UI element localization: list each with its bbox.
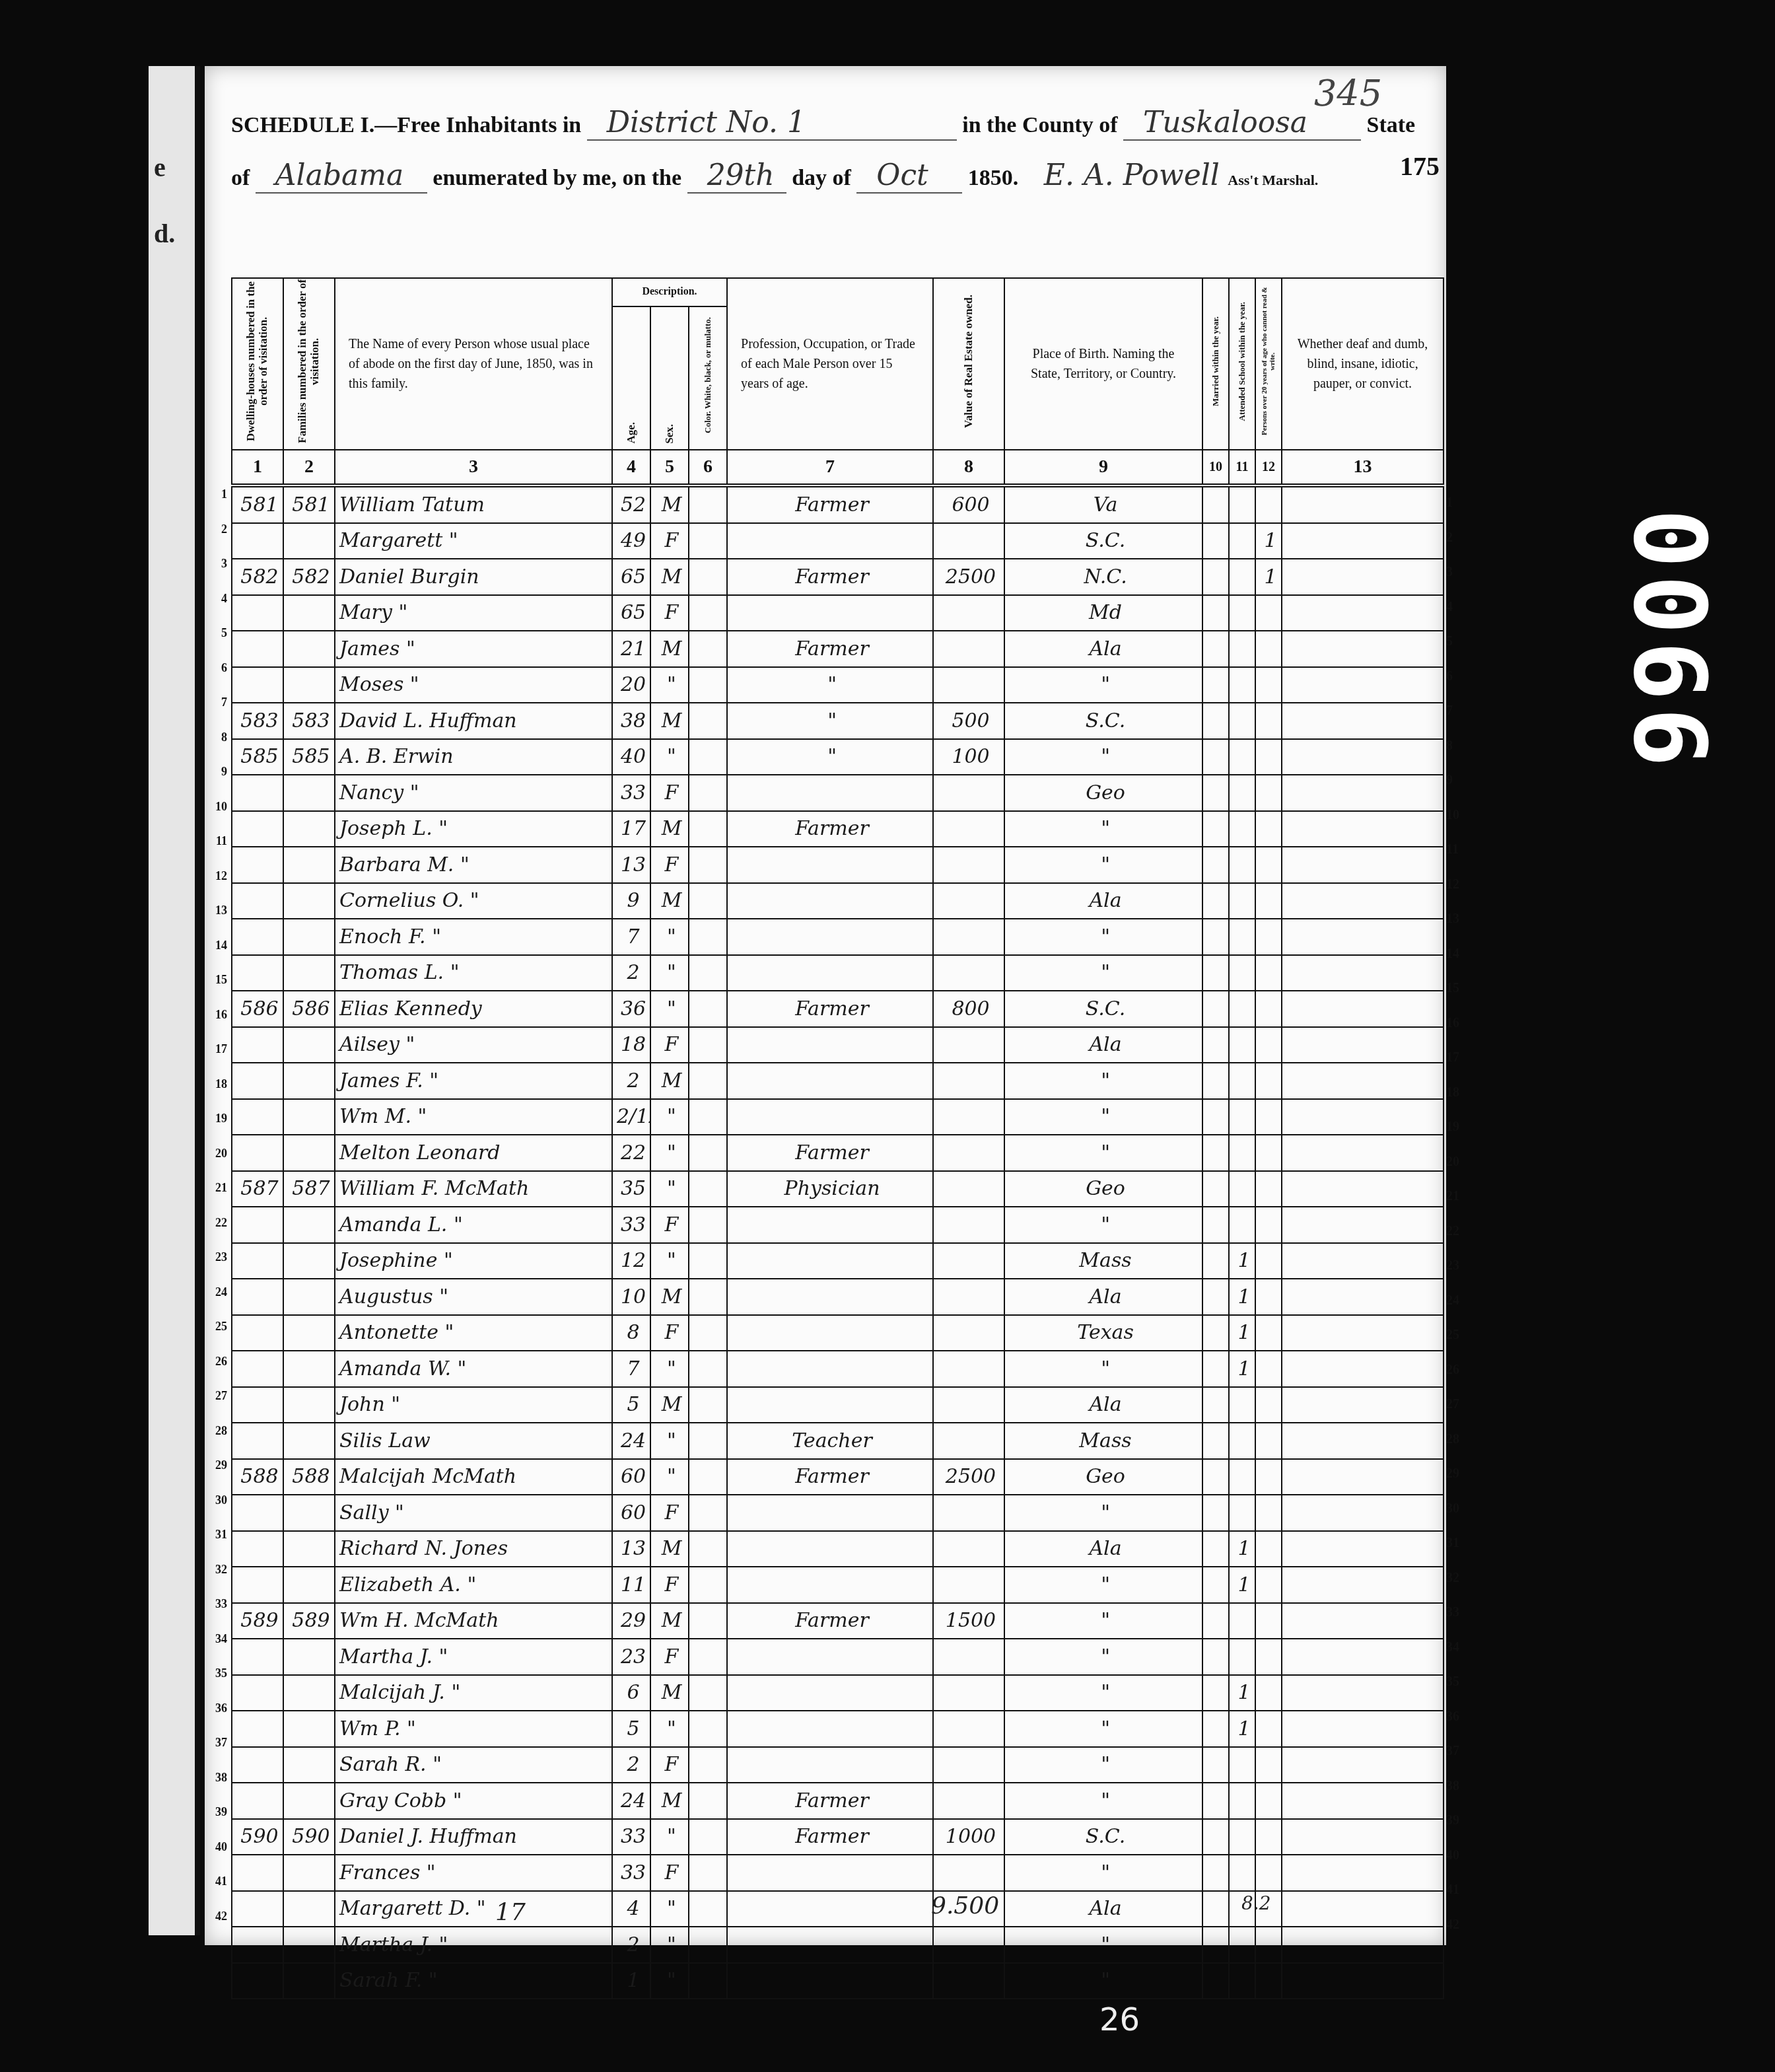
col-real-estate-header: Value of Real Estate owned. (933, 278, 1004, 450)
line-number-right: 23 (1446, 1258, 1459, 1273)
dwelling-cell: 585 (232, 739, 283, 775)
table-row: Martha J. "23F" (232, 1639, 1444, 1675)
school-cell: 1 (1229, 1531, 1255, 1567)
district-field: District No. 1 (587, 106, 957, 141)
color-cell (689, 1891, 727, 1927)
school-cell (1229, 1963, 1255, 1999)
occupation-cell: " (727, 667, 933, 703)
married-cell (1202, 1819, 1229, 1855)
table-row: 590590Daniel J. Huffman33"Farmer1000S.C. (232, 1819, 1444, 1855)
birthplace-cell: Md (1004, 595, 1202, 631)
line-number-right: 38 (1446, 1779, 1459, 1794)
school-cell: 1 (1229, 1675, 1255, 1711)
age-cell: 33 (612, 1819, 650, 1855)
occupation-cell (727, 883, 933, 919)
birthplace-cell: S.C. (1004, 523, 1202, 559)
col-age-header: Age. (612, 306, 650, 450)
color-cell (689, 847, 727, 883)
illiterate-cell (1255, 1603, 1282, 1639)
age-cell: 13 (612, 847, 650, 883)
line-number-left: 4 (210, 592, 227, 606)
occupation-cell: Farmer (727, 991, 933, 1027)
color-cell (689, 523, 727, 559)
school-cell (1229, 847, 1255, 883)
dwelling-cell (232, 631, 283, 667)
occupation-cell: Farmer (727, 1603, 933, 1639)
married-cell (1202, 991, 1229, 1027)
illiterate-cell (1255, 1495, 1282, 1531)
occupation-cell (727, 523, 933, 559)
real-estate-cell (933, 775, 1004, 811)
line-number-left: 30 (210, 1493, 227, 1507)
married-cell (1202, 1387, 1229, 1423)
line-number-left: 10 (210, 800, 227, 814)
occupation-cell (727, 1063, 933, 1099)
day-field: 29th (687, 159, 786, 194)
real-estate-cell: 800 (933, 991, 1004, 1027)
age-cell: 18 (612, 1027, 650, 1063)
dwelling-cell (232, 1351, 283, 1387)
occupation-cell: Farmer (727, 1819, 933, 1855)
school-cell (1229, 739, 1255, 775)
name-cell: Josephine " (335, 1243, 612, 1279)
age-cell: 24 (612, 1783, 650, 1819)
line-number-left: 15 (210, 973, 227, 987)
illiterate-cell (1255, 1459, 1282, 1495)
condition-cell (1282, 883, 1444, 919)
birthplace-cell: " (1004, 919, 1202, 955)
name-cell: James " (335, 631, 612, 667)
line-number-right: 36 (1446, 1709, 1459, 1725)
illiterate-cell (1255, 1639, 1282, 1675)
age-cell: 2 (612, 955, 650, 991)
name-cell: Frances " (335, 1855, 612, 1891)
real-estate-cell: 2500 (933, 559, 1004, 595)
school-cell (1229, 1747, 1255, 1783)
table-row: 587587William F. McMath35"PhysicianGeo (232, 1171, 1444, 1207)
illiterate-cell (1255, 1351, 1282, 1387)
age-cell: 23 (612, 1639, 650, 1675)
birthplace-cell: Geo (1004, 1459, 1202, 1495)
line-number-left: 36 (210, 1701, 227, 1715)
color-cell (689, 1315, 727, 1351)
school-cell: 1 (1229, 1243, 1255, 1279)
color-cell (689, 955, 727, 991)
birthplace-cell: S.C. (1004, 703, 1202, 739)
occupation-cell: Farmer (727, 631, 933, 667)
dwelling-cell (232, 1531, 283, 1567)
age-cell: 1 (612, 1963, 650, 1999)
sex-cell: F (650, 1639, 689, 1675)
color-cell (689, 1207, 727, 1243)
condition-cell (1282, 1387, 1444, 1423)
color-cell (689, 883, 727, 919)
age-cell: 52 (612, 485, 650, 523)
school-cell (1229, 1027, 1255, 1063)
school-cell (1229, 1855, 1255, 1891)
line-number-left: 33 (210, 1597, 227, 1611)
condition-cell (1282, 1639, 1444, 1675)
family-cell (283, 1495, 335, 1531)
illiterate-cell (1255, 1927, 1282, 1963)
occupation-cell (727, 775, 933, 811)
line-number-left: 5 (210, 626, 227, 640)
sex-cell: " (650, 1351, 689, 1387)
dwelling-cell: 581 (232, 485, 283, 523)
occupation-cell: " (727, 739, 933, 775)
line-number-right: 34 (1446, 1640, 1459, 1655)
real-estate-cell (933, 955, 1004, 991)
dwelling-cell (232, 1567, 283, 1603)
header-line-2: of Alabama enumerated by me, on the 29th… (231, 159, 1318, 194)
name-cell: Sarah F. " (335, 1963, 612, 1999)
school-cell (1229, 485, 1255, 523)
sex-cell: " (650, 1963, 689, 1999)
color-cell (689, 1639, 727, 1675)
school-cell (1229, 991, 1255, 1027)
age-cell: 12 (612, 1243, 650, 1279)
line-number-right: 42 (1446, 1917, 1459, 1933)
sex-cell: M (650, 1387, 689, 1423)
married-cell (1202, 1783, 1229, 1819)
married-cell (1202, 883, 1229, 919)
illiterate-cell (1255, 1423, 1282, 1459)
color-cell (689, 1423, 727, 1459)
condition-cell (1282, 559, 1444, 595)
name-cell: Sally " (335, 1495, 612, 1531)
name-cell: Antonette " (335, 1315, 612, 1351)
illiterate-cell (1255, 1135, 1282, 1171)
table-row: Antonette "8FTexas1 (232, 1315, 1444, 1351)
table-row: Sarah F. "1"" (232, 1963, 1444, 1999)
birthplace-cell: " (1004, 955, 1202, 991)
birthplace-cell: Ala (1004, 631, 1202, 667)
name-cell: Gray Cobb " (335, 1783, 612, 1819)
table-row: Gray Cobb "24MFarmer" (232, 1783, 1444, 1819)
table-row: Joseph L. "17MFarmer" (232, 811, 1444, 847)
name-cell: Barbara M. " (335, 847, 612, 883)
married-cell (1202, 739, 1229, 775)
sex-cell: F (650, 523, 689, 559)
line-number-right: 18 (1446, 1085, 1459, 1100)
dwelling-cell (232, 1639, 283, 1675)
school-cell (1229, 1495, 1255, 1531)
married-cell (1202, 667, 1229, 703)
name-cell: Moses " (335, 667, 612, 703)
occupation-cell (727, 1495, 933, 1531)
line-number-left: 20 (210, 1147, 227, 1161)
family-cell (283, 1855, 335, 1891)
col-name-header: The Name of every Person whose usual pla… (335, 278, 612, 450)
table-row: Josephine "12"Mass1 (232, 1243, 1444, 1279)
age-cell: 9 (612, 883, 650, 919)
name-cell: Amanda L. " (335, 1207, 612, 1243)
illiterate-cell (1255, 919, 1282, 955)
real-estate-cell (933, 1063, 1004, 1099)
line-number-left: 29 (210, 1458, 227, 1472)
occupation-cell (727, 1027, 933, 1063)
occupation-cell (727, 1315, 933, 1351)
table-row: 583583David L. Huffman38M"500S.C. (232, 703, 1444, 739)
age-cell: 2/12 (612, 1099, 650, 1135)
line-number-left: 32 (210, 1563, 227, 1577)
table-row: Ailsey "18FAla (232, 1027, 1444, 1063)
name-cell: Ailsey " (335, 1027, 612, 1063)
occupation-cell: Farmer (727, 559, 933, 595)
illiterate-cell (1255, 991, 1282, 1027)
school-cell: 1 (1229, 1567, 1255, 1603)
col-description-header: Description. (612, 278, 727, 306)
condition-cell (1282, 667, 1444, 703)
col-dwelling-header: Dwelling-houses numbered in the order of… (232, 278, 283, 450)
family-cell (283, 1207, 335, 1243)
color-cell (689, 739, 727, 775)
color-cell (689, 1459, 727, 1495)
name-cell: Mary " (335, 595, 612, 631)
school-cell (1229, 1063, 1255, 1099)
age-cell: 2 (612, 1747, 650, 1783)
occupation-cell (727, 1891, 933, 1927)
name-cell: William F. McMath (335, 1171, 612, 1207)
name-cell: David L. Huffman (335, 703, 612, 739)
married-cell (1202, 485, 1229, 523)
married-cell (1202, 559, 1229, 595)
sex-cell: F (650, 775, 689, 811)
line-number-right: 5 (1446, 634, 1453, 649)
line-number-left: 9 (210, 765, 227, 779)
school-total: 8.2 (1241, 1892, 1271, 1914)
occupation-cell (727, 1351, 933, 1387)
birthplace-cell: S.C. (1004, 991, 1202, 1027)
real-estate-cell: 2500 (933, 1459, 1004, 1495)
illiterate-cell (1255, 1711, 1282, 1747)
dwelling-cell: 590 (232, 1819, 283, 1855)
table-row: Frances "33F" (232, 1855, 1444, 1891)
sex-cell: M (650, 1531, 689, 1567)
condition-cell (1282, 1063, 1444, 1099)
line-number-right: 7 (1446, 703, 1453, 719)
married-cell (1202, 523, 1229, 559)
age-cell: 11 (612, 1567, 650, 1603)
sex-cell: F (650, 1207, 689, 1243)
line-number-right: 27 (1446, 1397, 1459, 1412)
family-cell (283, 1279, 335, 1315)
line-number-right: 41 (1446, 1882, 1459, 1898)
real-estate-cell (933, 667, 1004, 703)
real-estate-cell (933, 1387, 1004, 1423)
table-row: Wm M. "2/12"" (232, 1099, 1444, 1135)
line-number-right: 31 (1446, 1536, 1459, 1551)
occupation-cell (727, 1639, 933, 1675)
birthplace-cell: " (1004, 739, 1202, 775)
line-number-left: 1 (210, 487, 227, 501)
birthplace-cell: Ala (1004, 1279, 1202, 1315)
col-illiterate-header: Persons over 20 years of age who cannot … (1255, 278, 1282, 450)
line-number-left: 22 (210, 1216, 227, 1230)
age-cell: 33 (612, 1207, 650, 1243)
line-number-right: 20 (1446, 1155, 1459, 1170)
table-row: Barbara M. "13F" (232, 847, 1444, 883)
real-estate-cell (933, 595, 1004, 631)
name-cell: Malcijah McMath (335, 1459, 612, 1495)
dwelling-cell (232, 1747, 283, 1783)
birthplace-cell: " (1004, 1207, 1202, 1243)
married-cell (1202, 1927, 1229, 1963)
school-cell (1229, 1207, 1255, 1243)
school-cell: 1 (1229, 1315, 1255, 1351)
illiterate-cell (1255, 485, 1282, 523)
marshal-signature: E. A. Powell (1024, 159, 1222, 192)
condition-cell (1282, 1819, 1444, 1855)
school-cell (1229, 523, 1255, 559)
illiterate-cell (1255, 631, 1282, 667)
real-estate-cell (933, 883, 1004, 919)
married-cell (1202, 1963, 1229, 1999)
dwelling-cell: 587 (232, 1171, 283, 1207)
table-row: Amanda W. "7""1 (232, 1351, 1444, 1387)
occupation-cell (727, 847, 933, 883)
table-row: Wm P. "5""1 (232, 1711, 1444, 1747)
color-cell (689, 1855, 727, 1891)
family-cell: 585 (283, 739, 335, 775)
line-number-right: 25 (1446, 1328, 1459, 1343)
color-cell (689, 991, 727, 1027)
married-cell (1202, 1315, 1229, 1351)
sex-cell: F (650, 1315, 689, 1351)
table-row: 588588Malcijah McMath60"Farmer2500Geo (232, 1459, 1444, 1495)
line-number-right: 37 (1446, 1744, 1459, 1759)
color-cell (689, 1711, 727, 1747)
real-estate-cell (933, 1567, 1004, 1603)
line-number-left: 13 (210, 904, 227, 917)
family-cell (283, 1387, 335, 1423)
sex-cell: " (650, 1819, 689, 1855)
dwelling-cell (232, 1891, 283, 1927)
line-number-left: 14 (210, 939, 227, 952)
real-estate-cell (933, 1531, 1004, 1567)
line-number-left: 23 (210, 1250, 227, 1264)
birthplace-cell: Va (1004, 485, 1202, 523)
sex-cell: " (650, 919, 689, 955)
birthplace-cell: Ala (1004, 1531, 1202, 1567)
real-estate-cell (933, 1963, 1004, 1999)
age-cell: 35 (612, 1171, 650, 1207)
table-row: 589589Wm H. McMath29MFarmer1500" (232, 1603, 1444, 1639)
condition-cell (1282, 991, 1444, 1027)
line-number-left: 39 (210, 1805, 227, 1819)
line-number-right: 33 (1446, 1605, 1459, 1620)
sex-cell: M (650, 1279, 689, 1315)
line-number-left: 40 (210, 1840, 227, 1854)
married-cell (1202, 1459, 1229, 1495)
color-cell (689, 1243, 727, 1279)
color-cell (689, 559, 727, 595)
family-cell (283, 1675, 335, 1711)
sex-cell: " (650, 667, 689, 703)
dwelling-cell (232, 919, 283, 955)
color-cell (689, 1927, 727, 1963)
condition-cell (1282, 703, 1444, 739)
illiterate-cell (1255, 1963, 1282, 1999)
school-cell (1229, 1459, 1255, 1495)
dwelling-cell (232, 1855, 283, 1891)
illiterate-cell (1255, 595, 1282, 631)
line-number-right: 21 (1446, 1189, 1459, 1204)
name-cell: Elias Kennedy (335, 991, 612, 1027)
age-cell: 65 (612, 595, 650, 631)
occupation-cell (727, 919, 933, 955)
condition-cell (1282, 631, 1444, 667)
dwelling-cell (232, 775, 283, 811)
school-cell (1229, 1387, 1255, 1423)
condition-cell (1282, 1927, 1444, 1963)
line-number-left: 31 (210, 1528, 227, 1542)
age-cell: 17 (612, 811, 650, 847)
real-estate-cell (933, 1927, 1004, 1963)
occupation-cell: Farmer (727, 811, 933, 847)
sex-cell: " (650, 1171, 689, 1207)
real-estate-cell (933, 1747, 1004, 1783)
line-number-left: 16 (210, 1008, 227, 1022)
illiterate-cell (1255, 775, 1282, 811)
illiterate-cell (1255, 739, 1282, 775)
name-cell: Margarett " (335, 523, 612, 559)
sex-cell: M (650, 631, 689, 667)
age-cell: 60 (612, 1459, 650, 1495)
married-cell (1202, 1279, 1229, 1315)
age-cell: 20 (612, 667, 650, 703)
table-row: 586586Elias Kennedy36"Farmer800S.C. (232, 991, 1444, 1027)
married-cell (1202, 1603, 1229, 1639)
sex-cell: " (650, 1099, 689, 1135)
name-cell: Wm M. " (335, 1099, 612, 1135)
dwelling-cell (232, 1315, 283, 1351)
real-estate-cell: 1000 (933, 1819, 1004, 1855)
line-number-left: 21 (210, 1181, 227, 1195)
color-cell (689, 631, 727, 667)
school-cell (1229, 1639, 1255, 1675)
name-cell: James F. " (335, 1063, 612, 1099)
illiterate-cell (1255, 1063, 1282, 1099)
condition-cell (1282, 523, 1444, 559)
age-cell: 38 (612, 703, 650, 739)
line-number-left: 25 (210, 1320, 227, 1334)
illiterate-cell (1255, 1387, 1282, 1423)
line-number-left: 24 (210, 1285, 227, 1299)
school-cell (1229, 1171, 1255, 1207)
line-number-right: 39 (1446, 1813, 1459, 1828)
family-cell (283, 667, 335, 703)
table-row: James F. "2M" (232, 1063, 1444, 1099)
illiterate-cell (1255, 1783, 1282, 1819)
condition-cell (1282, 847, 1444, 883)
illiterate-cell (1255, 1747, 1282, 1783)
birthplace-cell: S.C. (1004, 1819, 1202, 1855)
illiterate-cell (1255, 1531, 1282, 1567)
dwelling-cell: 588 (232, 1459, 283, 1495)
real-estate-cell (933, 1243, 1004, 1279)
line-number-left: 42 (210, 1910, 227, 1923)
bottom-handwritten-note: 26 (1099, 2001, 1140, 2038)
real-estate-cell (933, 1135, 1004, 1171)
condition-cell (1282, 1459, 1444, 1495)
family-cell (283, 811, 335, 847)
family-cell (283, 1567, 335, 1603)
birthplace-cell: " (1004, 1639, 1202, 1675)
illiterate-cell (1255, 1819, 1282, 1855)
married-cell (1202, 1171, 1229, 1207)
column-number-row: 1 2 3 4 5 6 7 8 9 10 11 12 13 (232, 450, 1444, 485)
